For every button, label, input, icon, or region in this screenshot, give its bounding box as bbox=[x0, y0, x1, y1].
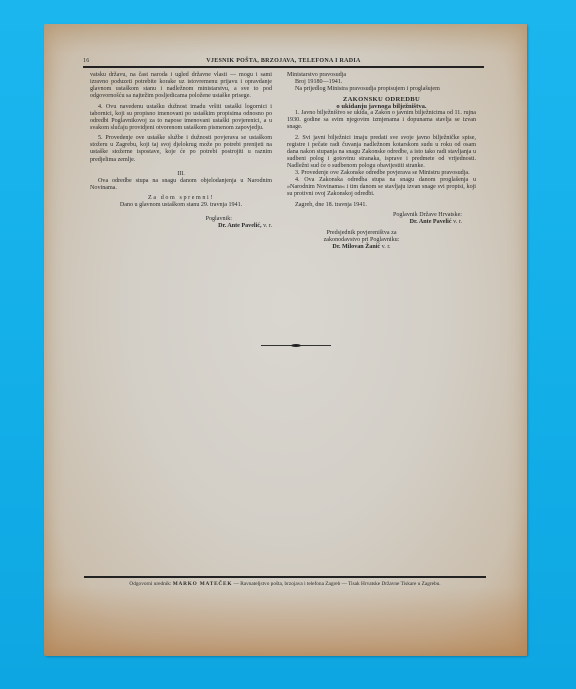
paragraph-4: 4. Ovu navedenu ustašku dužnost imadu vr… bbox=[90, 104, 272, 132]
cosign-suffix: v. r. bbox=[382, 244, 391, 250]
left-column: vatsku državu, na čast naroda i ugled dr… bbox=[90, 72, 272, 230]
imprint-footer: Odgovorni urednik: MARKO MATEČEK — Ravna… bbox=[84, 581, 486, 588]
article-2: 2. Svi javni bilježnici imaju predati sv… bbox=[287, 135, 476, 170]
footer-text: — Ravnateljstvo pošta, brzojava i telefo… bbox=[234, 581, 441, 587]
signature-name: Dr. Ante Pavelić, bbox=[218, 223, 261, 229]
decree-subtitle: o ukidanju javnoga bilježništva. bbox=[287, 103, 476, 110]
signature: Dr. Ante Pavelić, v. r. bbox=[90, 223, 272, 230]
article-3: 3. Provedenje ove Zakonske odredbe povje… bbox=[287, 170, 476, 177]
right-column: Ministarstvo pravosudja Broj 19180—1941.… bbox=[287, 72, 476, 251]
paragraph-5: 5. Provedenje ove ustaške službe i dužno… bbox=[90, 135, 272, 163]
paragraph-iii: Ova odredbe stupa na snagu danom objelod… bbox=[90, 178, 272, 192]
signature-suffix: v. r. bbox=[263, 223, 272, 229]
footer-label: Odgovorni urednik: bbox=[129, 581, 171, 587]
section-number: III. bbox=[90, 171, 272, 178]
header-rule bbox=[83, 66, 484, 68]
intro: Na prijedlog Ministra pravosudja propisu… bbox=[287, 86, 476, 93]
paper-aging-bottom bbox=[44, 586, 527, 656]
footer-rule bbox=[84, 576, 486, 578]
cosign-title-1: Predsjednik povjereništva za bbox=[287, 230, 476, 237]
signature-name: Dr. Ante Pavelić bbox=[410, 219, 452, 225]
ministry: Ministarstvo pravosudja bbox=[287, 72, 476, 79]
paper-aging-top bbox=[44, 24, 527, 54]
horizontal-rule-ornament-icon bbox=[261, 344, 331, 347]
journal-title: VJESNIK POŠTA, BRZOJAVA, TELEFONA I RADI… bbox=[83, 58, 484, 64]
paragraph-continued: vatsku državu, na čast naroda i ugled dr… bbox=[90, 72, 272, 100]
cosign-name: Dr. Milovan Žanić bbox=[332, 244, 380, 250]
date-place: Zagreb, dne 18. travnja 1941. bbox=[287, 202, 476, 209]
document-page: 16 VJESNIK POŠTA, BRZOJAVA, TELEFONA I R… bbox=[44, 24, 527, 656]
article-1: 1. Javno bilježništvo se ukida, a Zakon … bbox=[287, 110, 476, 131]
given-at: Dano u glavnom ustaškom stanu 29. travnj… bbox=[90, 202, 272, 209]
cosign: Dr. Milovan Žanić v. r. bbox=[287, 244, 476, 251]
decree-title: ZAKONSKU ODREDBU bbox=[287, 96, 476, 103]
footer-editor: MARKO MATEČEK bbox=[173, 581, 233, 587]
signature: Dr. Ante Pavelić v. r. bbox=[287, 219, 476, 226]
signature-suffix: v. r. bbox=[453, 219, 462, 225]
signature-title: Poglavnik: bbox=[90, 216, 272, 223]
salute: Za dom spremni! bbox=[90, 195, 272, 202]
signature-title: Poglavnik Države Hrvatske: bbox=[287, 212, 476, 219]
article-4: 4. Ova Zakonska odredba stupa na snagu d… bbox=[287, 177, 476, 198]
document-number: Broj 19180—1941. bbox=[287, 79, 476, 86]
cosign-title-2: zakonodavstvo pri Poglavniku: bbox=[287, 237, 476, 244]
